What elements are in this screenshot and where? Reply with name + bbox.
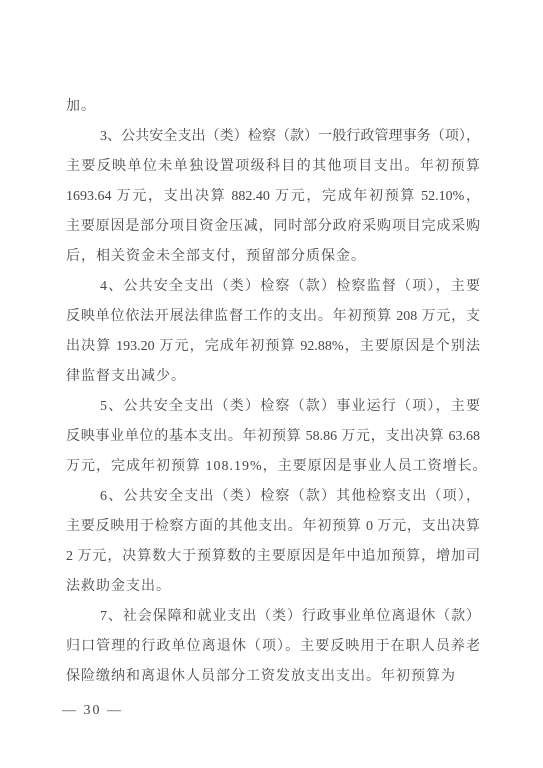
text-line: 保险缴纳和离退休人员部分工资发放支出支出。年初预算为 (66, 662, 480, 692)
text-line: 反映单位依法开展法律监督工作的支出。年初预算 208 万元，支 (66, 302, 480, 332)
page-number: — 30 — (62, 703, 123, 719)
text-line: 1693.64 万元，支出决算 882.40 万元，完成年初预算 52.10%， (66, 182, 480, 212)
text-line: 主要反映单位未单独设置项级科目的其他项目支出。年初预算 (66, 152, 480, 182)
text-line: 5、公共安全支出（类）检察（款）事业运行（项），主要 (66, 392, 480, 422)
text-line: 出决算 193.20 万元，完成年初预算 92.88%，主要原因是个别法 (66, 332, 480, 362)
body-text: 加。 3、公共安全支出（类）检察（款）一般行政管理事务（项）， 主要反映单位未单… (66, 92, 480, 692)
text-line: 3、公共安全支出（类）检察（款）一般行政管理事务（项）， (66, 122, 480, 152)
text-line: 归口管理的行政单位离退休（项）。主要反映用于在职人员养老 (66, 632, 480, 662)
text-line: 2 万元，决算数大于预算数的主要原因是年中追加预算，增加司 (66, 542, 480, 572)
text-line: 主要反映用于检察方面的其他支出。年初预算 0 万元，支出决算 (66, 512, 480, 542)
text-line: 后，相关资金未全部支付，预留部分质保金。 (66, 242, 480, 272)
document-page: 加。 3、公共安全支出（类）检察（款）一般行政管理事务（项）， 主要反映单位未单… (0, 0, 543, 768)
text-line: 法救助金支出。 (66, 572, 480, 602)
text-line: 加。 (66, 92, 480, 122)
text-line: 主要原因是部分项目资金压减，同时部分政府采购项目完成采购 (66, 212, 480, 242)
text-line: 律监督支出减少。 (66, 362, 480, 392)
text-line: 4、公共安全支出（类）检察（款）检察监督（项），主要 (66, 272, 480, 302)
text-line: 7、社会保障和就业支出（类）行政事业单位离退休（款） (66, 602, 480, 632)
text-line: 6、公共安全支出（类）检察（款）其他检察支出（项）， (66, 482, 480, 512)
text-line: 反映事业单位的基本支出。年初预算 58.86 万元，支出决算 63.68 (66, 422, 480, 452)
text-line: 万元，完成年初预算 108.19%，主要原因是事业人员工资增长。 (66, 452, 480, 482)
